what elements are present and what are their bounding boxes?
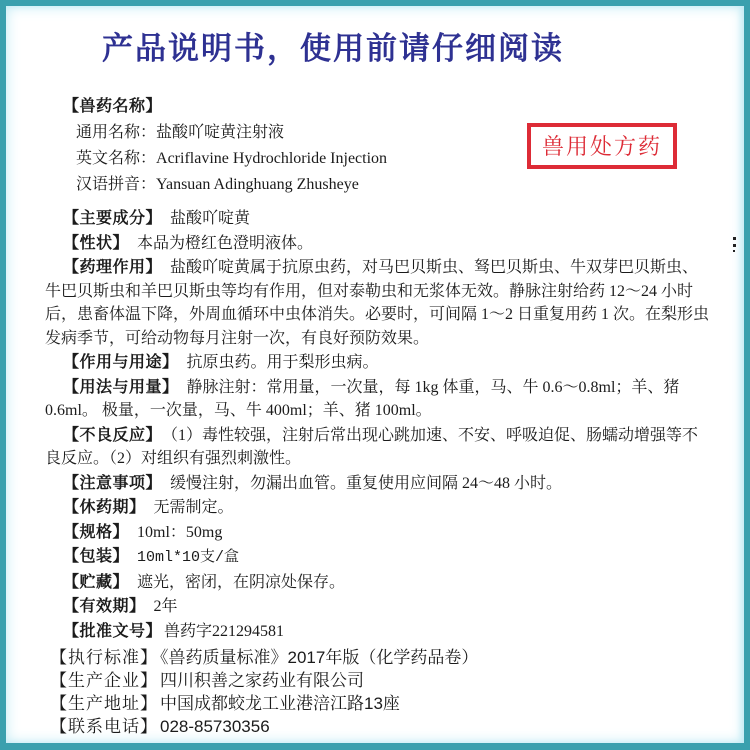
english-name-label: 英文名称： [76,150,156,167]
generic-name-value: 盐酸吖啶黄注射液 [156,124,284,141]
section-storage: 【贮藏】遮光，密闭，在阴凉处保存。 [45,571,714,595]
section-description: 【性状】本品为橙红色澄明液体。 [45,232,714,256]
section-specification: 【规格】10ml：50mg [45,521,714,545]
pinyin-name-value: Yansuan Adinghuang Zhusheye [156,176,359,193]
section-execution-standard: 【执行标准】《兽药质量标准》2017年版（化学药品卷） [48,646,714,669]
section-function-usage: 【作用与用途】抗原虫药。用于梨形虫病。 [45,351,714,375]
instruction-sheet: 产品说明书，使用前请仔细阅读 兽用处方药 【兽药名称】 通用名称：盐酸吖啶黄注射… [0,0,750,750]
generic-name-label: 通用名称： [76,124,156,141]
drug-name-header: 【兽药名称】 [45,96,714,118]
pinyin-name-label: 汉语拼音： [76,176,156,193]
drug-name-header-label: 【兽药名称】 [63,98,162,115]
section-validity-period: 【有效期】2年 [45,595,714,619]
section-production-address: 【生产地址】中国成都蛟龙工业港涪江路13座 [48,692,714,715]
section-dosage: 【用法与用量】静脉注射：常用量，一次量，每 1kg 体重，马、牛 0.6～0.8… [45,376,714,423]
rx-badge-label: 兽用处方药 [542,134,662,159]
scan-artifact-dot [733,244,736,247]
section-manufacturer: 【生产企业】四川积善之家药业有限公司 [48,669,714,692]
section-contact-phone: 【联系电话】028-85730356 [48,715,714,738]
section-adverse-reactions: 【不良反应】（1）毒性较强，注射后常出现心跳加速、不安、呼吸迫促、肠蠕动增强等不… [45,424,714,471]
section-pharmacology: 【药理作用】盐酸吖啶黄属于抗原虫药，对马巴贝斯虫、驽巴贝斯虫、牛双芽巴贝斯虫、牛… [45,256,714,350]
page-title: 产品说明书，使用前请仔细阅读 [102,28,744,70]
rx-badge: 兽用处方药 [527,123,677,169]
section-withdrawal-period: 【休药期】无需制定。 [45,496,714,520]
row-pinyin-name: 汉语拼音：Yansuan Adinghuang Zhusheye [45,174,714,196]
scan-artifact-dot [733,237,736,240]
section-main-component: 【主要成分】盐酸吖啶黄 [45,207,714,231]
section-packaging: 【包装】10ml*10支/盒 [45,545,714,570]
section-precautions: 【注意事项】缓慢注射，勿漏出血管。重复使用应间隔 24～48 小时。 [45,472,714,496]
english-name-value: Acriflavine Hydrochloride Injection [156,150,387,167]
section-approval-number: 【批准文号】兽药字221294581 [45,620,714,644]
section-list: 【主要成分】盐酸吖啶黄 【性状】本品为橙红色澄明液体。 【药理作用】盐酸吖啶黄属… [45,207,714,643]
footer-sections: 【执行标准】《兽药质量标准》2017年版（化学药品卷） 【生产企业】四川积善之家… [48,646,714,738]
scan-artifact-dot [733,250,735,252]
document-body: 【兽药名称】 通用名称：盐酸吖啶黄注射液 英文名称：Acriflavine Hy… [45,96,714,643]
